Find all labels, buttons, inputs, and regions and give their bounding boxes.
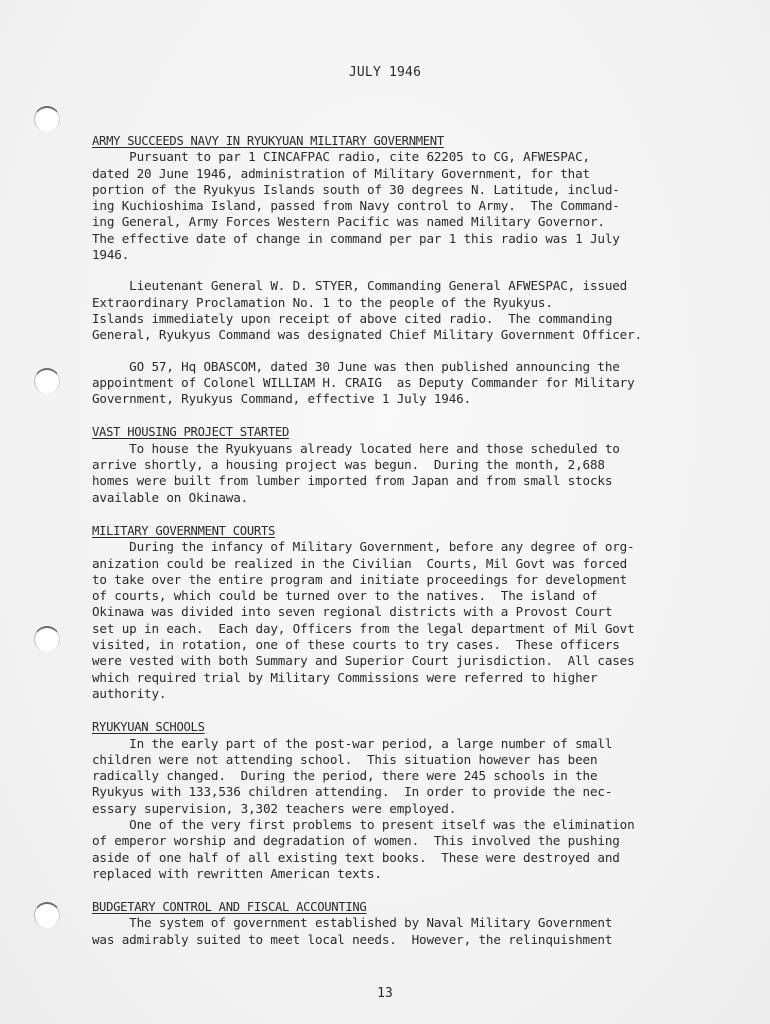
text-line: Ryukyus with 133,536 children attending.… [92, 784, 712, 800]
section-title: BUDGETARY CONTROL AND FISCAL ACCOUNTING [92, 899, 366, 915]
paragraph: During the infancy of Military Governmen… [92, 539, 712, 702]
text-line: arrive shortly, a housing project was be… [92, 457, 712, 473]
hole-punch-icon [34, 902, 60, 928]
text-line: aside of one half of all existing text b… [92, 850, 712, 866]
text-line: radically changed. During the period, th… [92, 768, 712, 784]
paragraph: In the early part of the post-war period… [92, 736, 712, 883]
text-line: essary supervision, 3,302 teachers were … [92, 801, 712, 817]
text-line: To house the Ryukyuans already located h… [92, 441, 712, 457]
text-line: Okinawa was divided into seven regional … [92, 604, 712, 620]
text-line: 1946. [92, 247, 712, 263]
text-line: Government, Ryukyus Command, effective 1… [92, 391, 712, 407]
text-line: Extraordinary Proclamation No. 1 to the … [92, 295, 712, 311]
text-line: Pursuant to par 1 CINCAFPAC radio, cite … [92, 149, 712, 165]
section-army-succeeds-navy-in-ryukyuan-military-government: ARMY SUCCEEDS NAVY IN RYUKYUAN MILITARY … [92, 133, 712, 407]
text-line: replaced with rewritten American texts. [92, 866, 712, 882]
section-budgetary-control-and-fiscal-accounting: BUDGETARY CONTROL AND FISCAL ACCOUNTING … [92, 899, 712, 948]
text-line: appointment of Colonel WILLIAM H. CRAIG … [92, 375, 712, 391]
text-line: In the early part of the post-war period… [92, 736, 712, 752]
text-line: GO 57, Hq OBASCOM, dated 30 June was the… [92, 359, 712, 375]
text-line: were vested with both Summary and Superi… [92, 653, 712, 669]
text-line: ing Kuchioshima Island, passed from Navy… [92, 198, 712, 214]
paragraph: GO 57, Hq OBASCOM, dated 30 June was the… [92, 359, 712, 408]
text-line: of emperor worship and degradation of wo… [92, 833, 712, 849]
hole-punch-icon [34, 626, 60, 652]
text-line: visited, in rotation, one of these court… [92, 637, 712, 653]
text-line: The effective date of change in command … [92, 231, 712, 247]
text-line: to take over the entire program and init… [92, 572, 712, 588]
section-ryukyuan-schools: RYUKYUAN SCHOOLS In the early part of th… [92, 719, 712, 882]
paragraph: To house the Ryukyuans already located h… [92, 441, 712, 506]
hole-punch-icon [34, 368, 60, 394]
text-line: set up in each. Each day, Officers from … [92, 621, 712, 637]
paragraph: Pursuant to par 1 CINCAFPAC radio, cite … [92, 149, 712, 263]
text-line: ing General, Army Forces Western Pacific… [92, 214, 712, 230]
page-number: 13 [0, 986, 770, 1001]
section-title: VAST HOUSING PROJECT STARTED [92, 424, 289, 440]
document-body: ARMY SUCCEEDS NAVY IN RYUKYUAN MILITARY … [92, 133, 712, 948]
text-line: dated 20 June 1946, administration of Mi… [92, 166, 712, 182]
section-title: MILITARY GOVERNMENT COURTS [92, 523, 275, 539]
text-line: General, Ryukyus Command was designated … [92, 327, 712, 343]
text-line: During the infancy of Military Governmen… [92, 539, 712, 555]
text-line: authority. [92, 686, 712, 702]
text-line: available on Okinawa. [92, 490, 712, 506]
text-line: The system of government established by … [92, 915, 712, 931]
section-military-government-courts: MILITARY GOVERNMENT COURTS During the in… [92, 523, 712, 702]
text-line: children were not attending school. This… [92, 752, 712, 768]
text-line: Islands immediately upon receipt of abov… [92, 311, 712, 327]
text-line: One of the very first problems to presen… [92, 817, 712, 833]
paragraph: The system of government established by … [92, 915, 712, 948]
section-title: RYUKYUAN SCHOOLS [92, 719, 205, 735]
text-line: which required trial by Military Commiss… [92, 670, 712, 686]
text-line: homes were built from lumber imported fr… [92, 473, 712, 489]
document-page: JULY 1946 ARMY SUCCEEDS NAVY IN RYUKYUAN… [0, 0, 770, 1024]
text-line: anization could be realized in the Civil… [92, 556, 712, 572]
paragraph: Lieutenant General W. D. STYER, Commandi… [92, 278, 712, 343]
page-header-date: JULY 1946 [0, 65, 770, 80]
hole-punch-icon [34, 106, 60, 132]
text-line: was admirably suited to meet local needs… [92, 932, 712, 948]
text-line: Lieutenant General W. D. STYER, Commandi… [92, 278, 712, 294]
section-title: ARMY SUCCEEDS NAVY IN RYUKYUAN MILITARY … [92, 133, 444, 149]
text-line: portion of the Ryukyus Islands south of … [92, 182, 712, 198]
section-vast-housing-project-started: VAST HOUSING PROJECT STARTED To house th… [92, 424, 712, 505]
text-line: of courts, which could be turned over to… [92, 588, 712, 604]
